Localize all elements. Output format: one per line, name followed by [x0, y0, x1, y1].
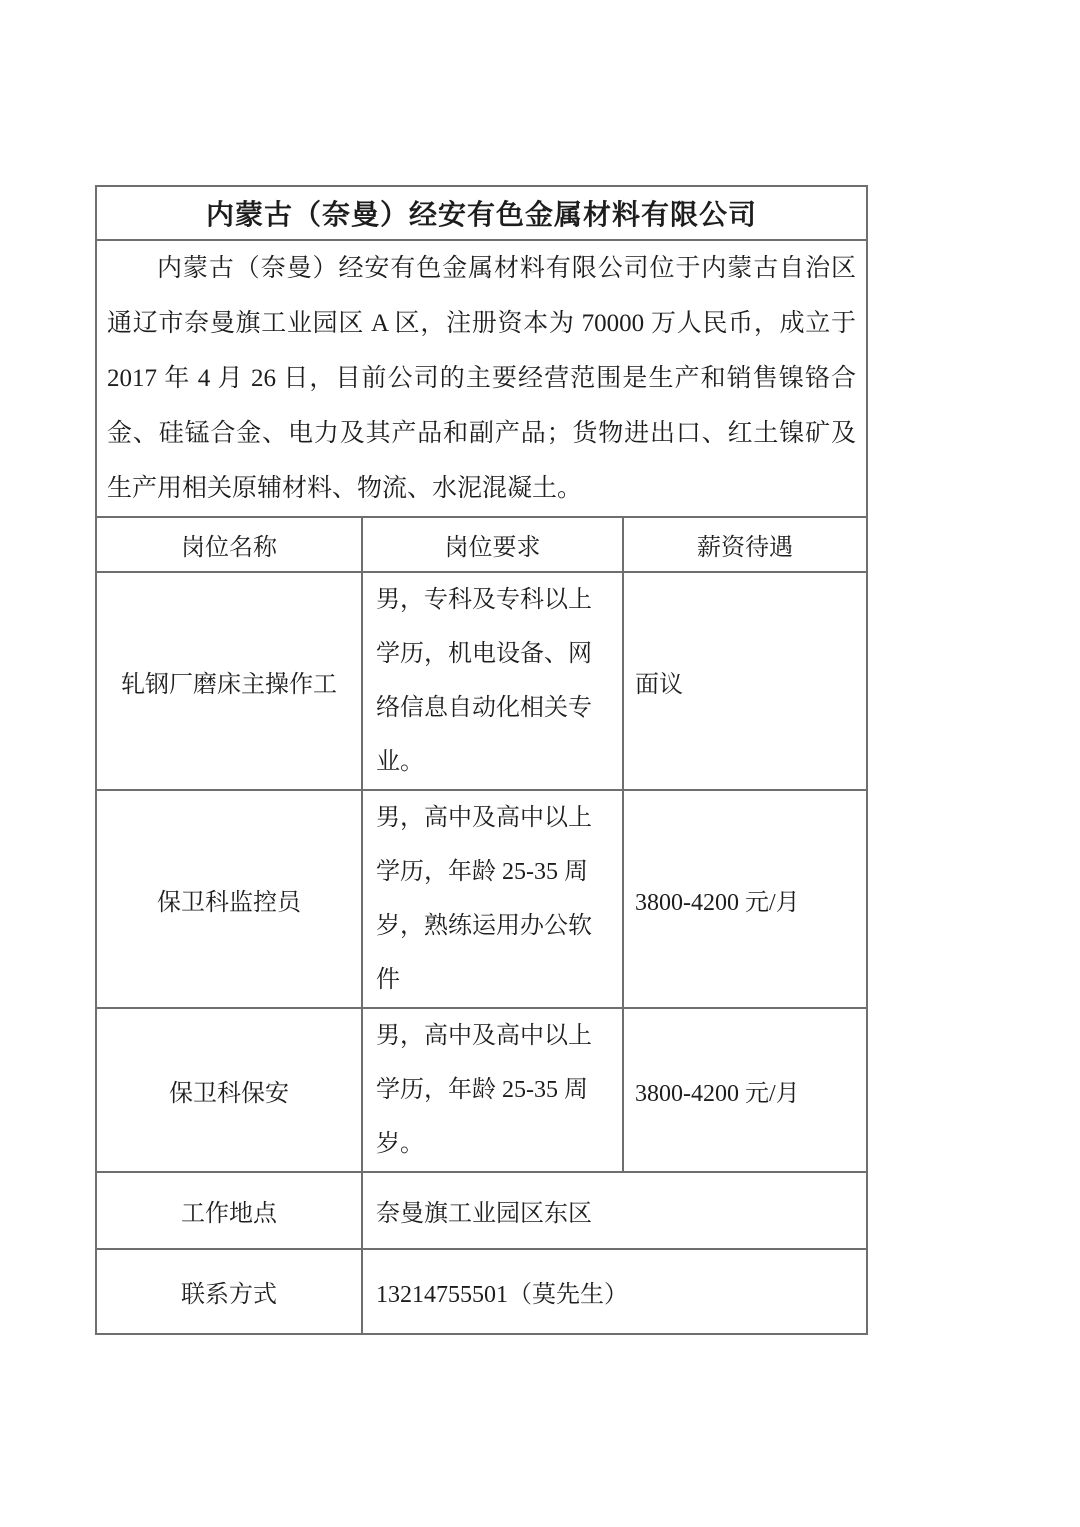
- work-location-row: 工作地点 奈曼旗工业园区东区: [96, 1172, 867, 1249]
- document-page: 内蒙古（奈曼）经安有色金属材料有限公司 内蒙古（奈曼）经安有色金属材料有限公司位…: [0, 0, 1080, 1527]
- requirements-cell: 男，专科及专科以上学历，机电设备、网络信息自动化相关专业。: [362, 572, 623, 790]
- title-row: 内蒙古（奈曼）经安有色金属材料有限公司: [96, 186, 867, 240]
- column-header-salary: 薪资待遇: [623, 517, 867, 572]
- job-posting-table: 内蒙古（奈曼）经安有色金属材料有限公司 内蒙古（奈曼）经安有色金属材料有限公司位…: [95, 185, 868, 1335]
- company-description-cell: 内蒙古（奈曼）经安有色金属材料有限公司位于内蒙古自治区通辽市奈曼旗工业园区 A …: [96, 240, 867, 517]
- contact-phone-value: 13214755501（莫先生）: [362, 1249, 867, 1334]
- column-header-position: 岗位名称: [96, 517, 362, 572]
- requirements-cell: 男，高中及高中以上学历，年龄 25-35 周岁，熟练运用办公软件: [362, 790, 623, 1008]
- table-row: 轧钢厂磨床主操作工 男，专科及专科以上学历，机电设备、网络信息自动化相关专业。 …: [96, 572, 867, 790]
- contact-label: 联系方式: [96, 1249, 362, 1334]
- contact-row: 联系方式 13214755501（莫先生）: [96, 1249, 867, 1334]
- position-cell: 轧钢厂磨床主操作工: [96, 572, 362, 790]
- salary-cell: 3800-4200 元/月: [623, 1008, 867, 1172]
- requirements-cell: 男，高中及高中以上学历，年龄 25-35 周岁。: [362, 1008, 623, 1172]
- salary-cell: 3800-4200 元/月: [623, 790, 867, 1008]
- table-row: 保卫科保安 男，高中及高中以上学历，年龄 25-35 周岁。 3800-4200…: [96, 1008, 867, 1172]
- column-header-requirements: 岗位要求: [362, 517, 623, 572]
- company-title: 内蒙古（奈曼）经安有色金属材料有限公司: [96, 186, 867, 240]
- column-header-row: 岗位名称 岗位要求 薪资待遇: [96, 517, 867, 572]
- description-row: 内蒙古（奈曼）经安有色金属材料有限公司位于内蒙古自治区通辽市奈曼旗工业园区 A …: [96, 240, 867, 517]
- work-location-value: 奈曼旗工业园区东区: [362, 1172, 867, 1249]
- position-cell: 保卫科保安: [96, 1008, 362, 1172]
- table-row: 保卫科监控员 男，高中及高中以上学历，年龄 25-35 周岁，熟练运用办公软件 …: [96, 790, 867, 1008]
- work-location-label: 工作地点: [96, 1172, 362, 1249]
- position-cell: 保卫科监控员: [96, 790, 362, 1008]
- salary-cell: 面议: [623, 572, 867, 790]
- company-description: 内蒙古（奈曼）经安有色金属材料有限公司位于内蒙古自治区通辽市奈曼旗工业园区 A …: [107, 241, 856, 516]
